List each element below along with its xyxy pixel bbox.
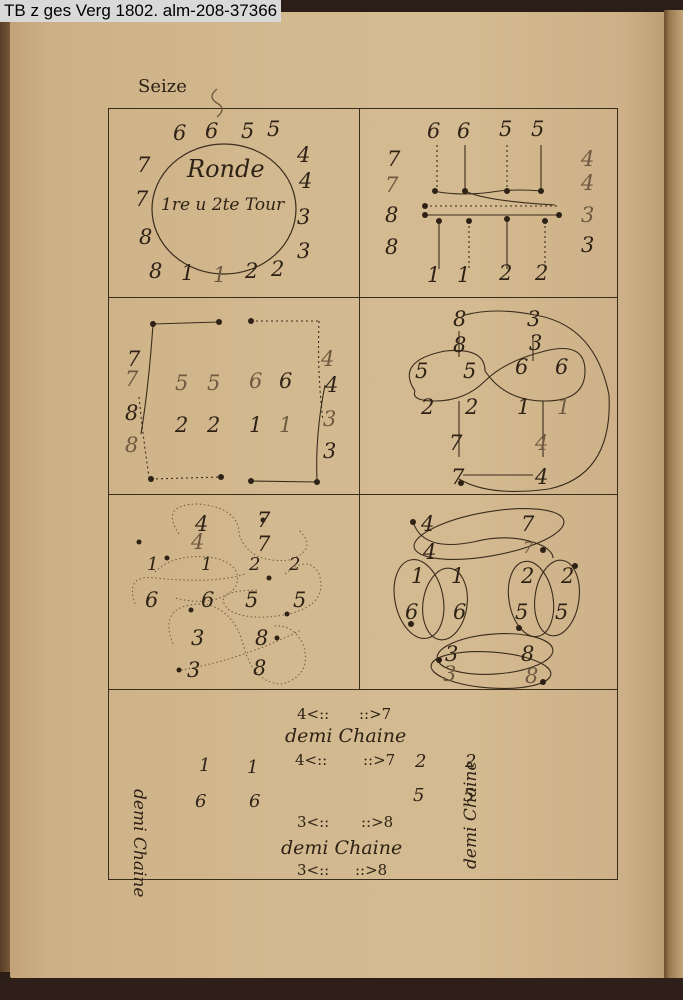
- image-title-label: TB z ges Verg 1802. alm-208-37366: [0, 0, 281, 22]
- dancer-number: 1: [147, 556, 158, 574]
- dancer-number: 1: [279, 415, 292, 436]
- dancer-number: 3: [187, 660, 200, 681]
- dancer-number: 8: [521, 644, 534, 665]
- dancer-number: 4: [325, 375, 338, 396]
- dancer-number: 6: [201, 590, 214, 611]
- figure-ronde: 6 6 5 5 4 4 3 3 8 1 1 2 2 7 7 8 Ronde 1r…: [109, 109, 359, 297]
- solid-loops-diagram: [359, 494, 619, 689]
- dancer-number: 7: [257, 534, 270, 555]
- dancer-number: 6: [195, 793, 206, 811]
- dancer-number: 1: [411, 566, 424, 587]
- dancer-number: 3: [581, 205, 594, 226]
- chain-arrow-text: ::>7: [363, 751, 395, 769]
- dancer-number: 3: [323, 441, 336, 462]
- dancer-number: 3: [323, 409, 336, 430]
- dancer-number: 2: [207, 415, 220, 436]
- dancer-number: 1: [201, 556, 212, 574]
- dancer-number: 4: [299, 171, 312, 192]
- dancer-number: 8: [453, 309, 466, 330]
- dancer-number: 7: [521, 514, 534, 535]
- dancer-number: 3: [527, 309, 540, 330]
- demi-chaine-label-bottom: demi Chaine: [281, 837, 402, 859]
- dancer-number: 7: [449, 433, 462, 454]
- dancer-number: 5: [555, 602, 568, 623]
- dancer-number: 2: [249, 556, 260, 574]
- chain-arrow-text: 3<::: [297, 861, 329, 879]
- dancer-number: 8: [125, 403, 138, 424]
- figure-lines: 6 6 5 5 7 7 8 8 4 4 3 3 1 1 2 2: [359, 109, 619, 297]
- dancer-number: 2: [465, 397, 478, 418]
- dancer-number: 2: [499, 263, 512, 284]
- dancer-number: 6: [279, 371, 292, 392]
- dancer-number: 5: [499, 119, 512, 140]
- dancer-number: 6: [405, 602, 418, 623]
- dancer-number: 4: [581, 173, 594, 194]
- dancer-number: 2: [535, 263, 548, 284]
- dancer-number: 6: [205, 121, 218, 142]
- dancer-number: 4: [535, 467, 548, 488]
- dancer-number: 2: [421, 397, 434, 418]
- chain-arrow-text: 4<::: [297, 705, 329, 723]
- dancer-number: 1: [457, 265, 470, 286]
- dancer-number: 4: [321, 349, 334, 370]
- dancer-number: 5: [463, 787, 474, 805]
- lines-diagram: [359, 109, 619, 297]
- dancer-number: 2: [465, 753, 476, 771]
- dancer-number: 1: [213, 265, 226, 286]
- dancer-number: 2: [415, 753, 426, 771]
- dancer-number: 7: [385, 175, 398, 196]
- page-heading: Seize: [138, 76, 187, 97]
- dancer-number: 8: [125, 435, 138, 456]
- figure-subtitle-tour: 1re u 2te Tour: [161, 195, 284, 215]
- dancer-number: 5: [415, 361, 428, 382]
- dance-figure-grid: 6 6 5 5 4 4 3 3 8 1 1 2 2 7 7 8 Ronde 1r…: [108, 108, 618, 880]
- dancer-number: 4: [535, 433, 548, 454]
- demi-chaine-label-right: demi Chaine: [461, 761, 481, 869]
- chain-arrow-text: ::>8: [361, 813, 393, 831]
- dancer-number: 5: [515, 602, 528, 623]
- dancer-number: 4: [421, 514, 434, 535]
- dancer-number: 7: [125, 369, 138, 390]
- dancer-number: 1: [517, 397, 530, 418]
- dancer-number: 6: [555, 357, 568, 378]
- dancer-number: 3: [581, 235, 594, 256]
- dancer-number: 6: [453, 602, 466, 623]
- dancer-number: 7: [135, 189, 148, 210]
- book-page-edge-right: [664, 10, 683, 980]
- dancer-number: 2: [289, 556, 300, 574]
- dancer-number: 1: [249, 415, 262, 436]
- dancer-number: 1: [199, 757, 210, 775]
- figure-title-ronde: Ronde: [187, 155, 265, 183]
- dancer-number: 2: [271, 259, 284, 280]
- dancer-number: 7: [523, 540, 533, 556]
- dancer-number: 6: [427, 121, 440, 142]
- dancer-number: 1: [557, 397, 570, 418]
- dancer-number: 5: [531, 119, 544, 140]
- dancer-number: 8: [385, 237, 398, 258]
- figure-rectangles: 7 7 8 8 4 4 3 3 5 5 6 6 2 2 1 1: [109, 297, 359, 494]
- dancer-number: 6: [173, 123, 186, 144]
- dancer-number: 8: [385, 205, 398, 226]
- dancer-number: 2: [521, 566, 534, 587]
- dancer-number: 6: [249, 793, 260, 811]
- figure-eight: 8 3 8 3 5 5 6 6 2 2 1 1 7 4 7 4: [359, 297, 619, 494]
- dancer-number: 8: [149, 261, 162, 282]
- demi-chaine-label-top: demi Chaine: [285, 725, 406, 747]
- dancer-number: 4: [297, 145, 310, 166]
- chain-arrow-text: ::>7: [359, 705, 391, 723]
- dancer-number: 6: [145, 590, 158, 611]
- chain-arrow-text: 3<::: [297, 813, 329, 831]
- dancer-number: 1: [247, 759, 258, 777]
- chain-arrow-text: 4<::: [295, 751, 327, 769]
- dancer-number: 5: [245, 590, 258, 611]
- figure-solid-loops: 4 7 4 7 1 1 2 2 6 6 5 5 3 8 3 8: [359, 494, 619, 689]
- dancer-number: 7: [257, 510, 270, 531]
- dancer-number: 8: [525, 666, 538, 687]
- dancer-number: 3: [297, 207, 310, 228]
- dancer-number: 8: [255, 628, 268, 649]
- dancer-number: 5: [463, 361, 476, 382]
- dancer-number: 8: [453, 335, 466, 356]
- dancer-number: 6: [249, 371, 262, 392]
- dancer-number: 1: [451, 566, 464, 587]
- figure-demi-chaine: 4<:: ::>7 demi Chaine 4<:: ::>7 demi Cha…: [109, 689, 619, 881]
- dancer-number: 7: [387, 149, 400, 170]
- dancer-number: 7: [137, 155, 150, 176]
- demi-chaine-label-left: demi Chaine: [129, 789, 149, 897]
- figure-dotted-loops: 4 7 4 7 1 1 2 2 6 6 5 5 3 8 3 8: [109, 494, 359, 689]
- chain-arrow-text: ::>8: [355, 861, 387, 879]
- dancer-number: 3: [529, 333, 542, 354]
- dancer-number: 4: [581, 149, 594, 170]
- dancer-number: 4: [191, 532, 204, 553]
- book-bottom-shadow: [0, 978, 683, 1000]
- dancer-number: 2: [245, 261, 258, 282]
- dancer-number: 5: [207, 373, 220, 394]
- rectangles-diagram: [109, 297, 359, 494]
- dancer-number: 5: [175, 373, 188, 394]
- dancer-number: 1: [181, 263, 194, 284]
- dancer-number: 7: [451, 467, 464, 488]
- dancer-number: 8: [139, 227, 152, 248]
- dancer-number: 2: [175, 415, 188, 436]
- dancer-number: 4: [423, 542, 436, 563]
- dancer-number: 3: [297, 241, 310, 262]
- dancer-number: 5: [413, 787, 424, 805]
- dancer-number: 6: [457, 121, 470, 142]
- figure-eight-diagram: [359, 297, 619, 494]
- dancer-number: 5: [293, 590, 306, 611]
- dancer-number: 3: [443, 664, 456, 685]
- dancer-number: 6: [515, 357, 528, 378]
- dancer-number: 2: [561, 566, 574, 587]
- dancer-number: 1: [427, 265, 440, 286]
- dancer-number: 3: [191, 628, 204, 649]
- dancer-number: 5: [241, 121, 254, 142]
- dancer-number: 5: [267, 119, 280, 140]
- dancer-number: 8: [253, 658, 266, 679]
